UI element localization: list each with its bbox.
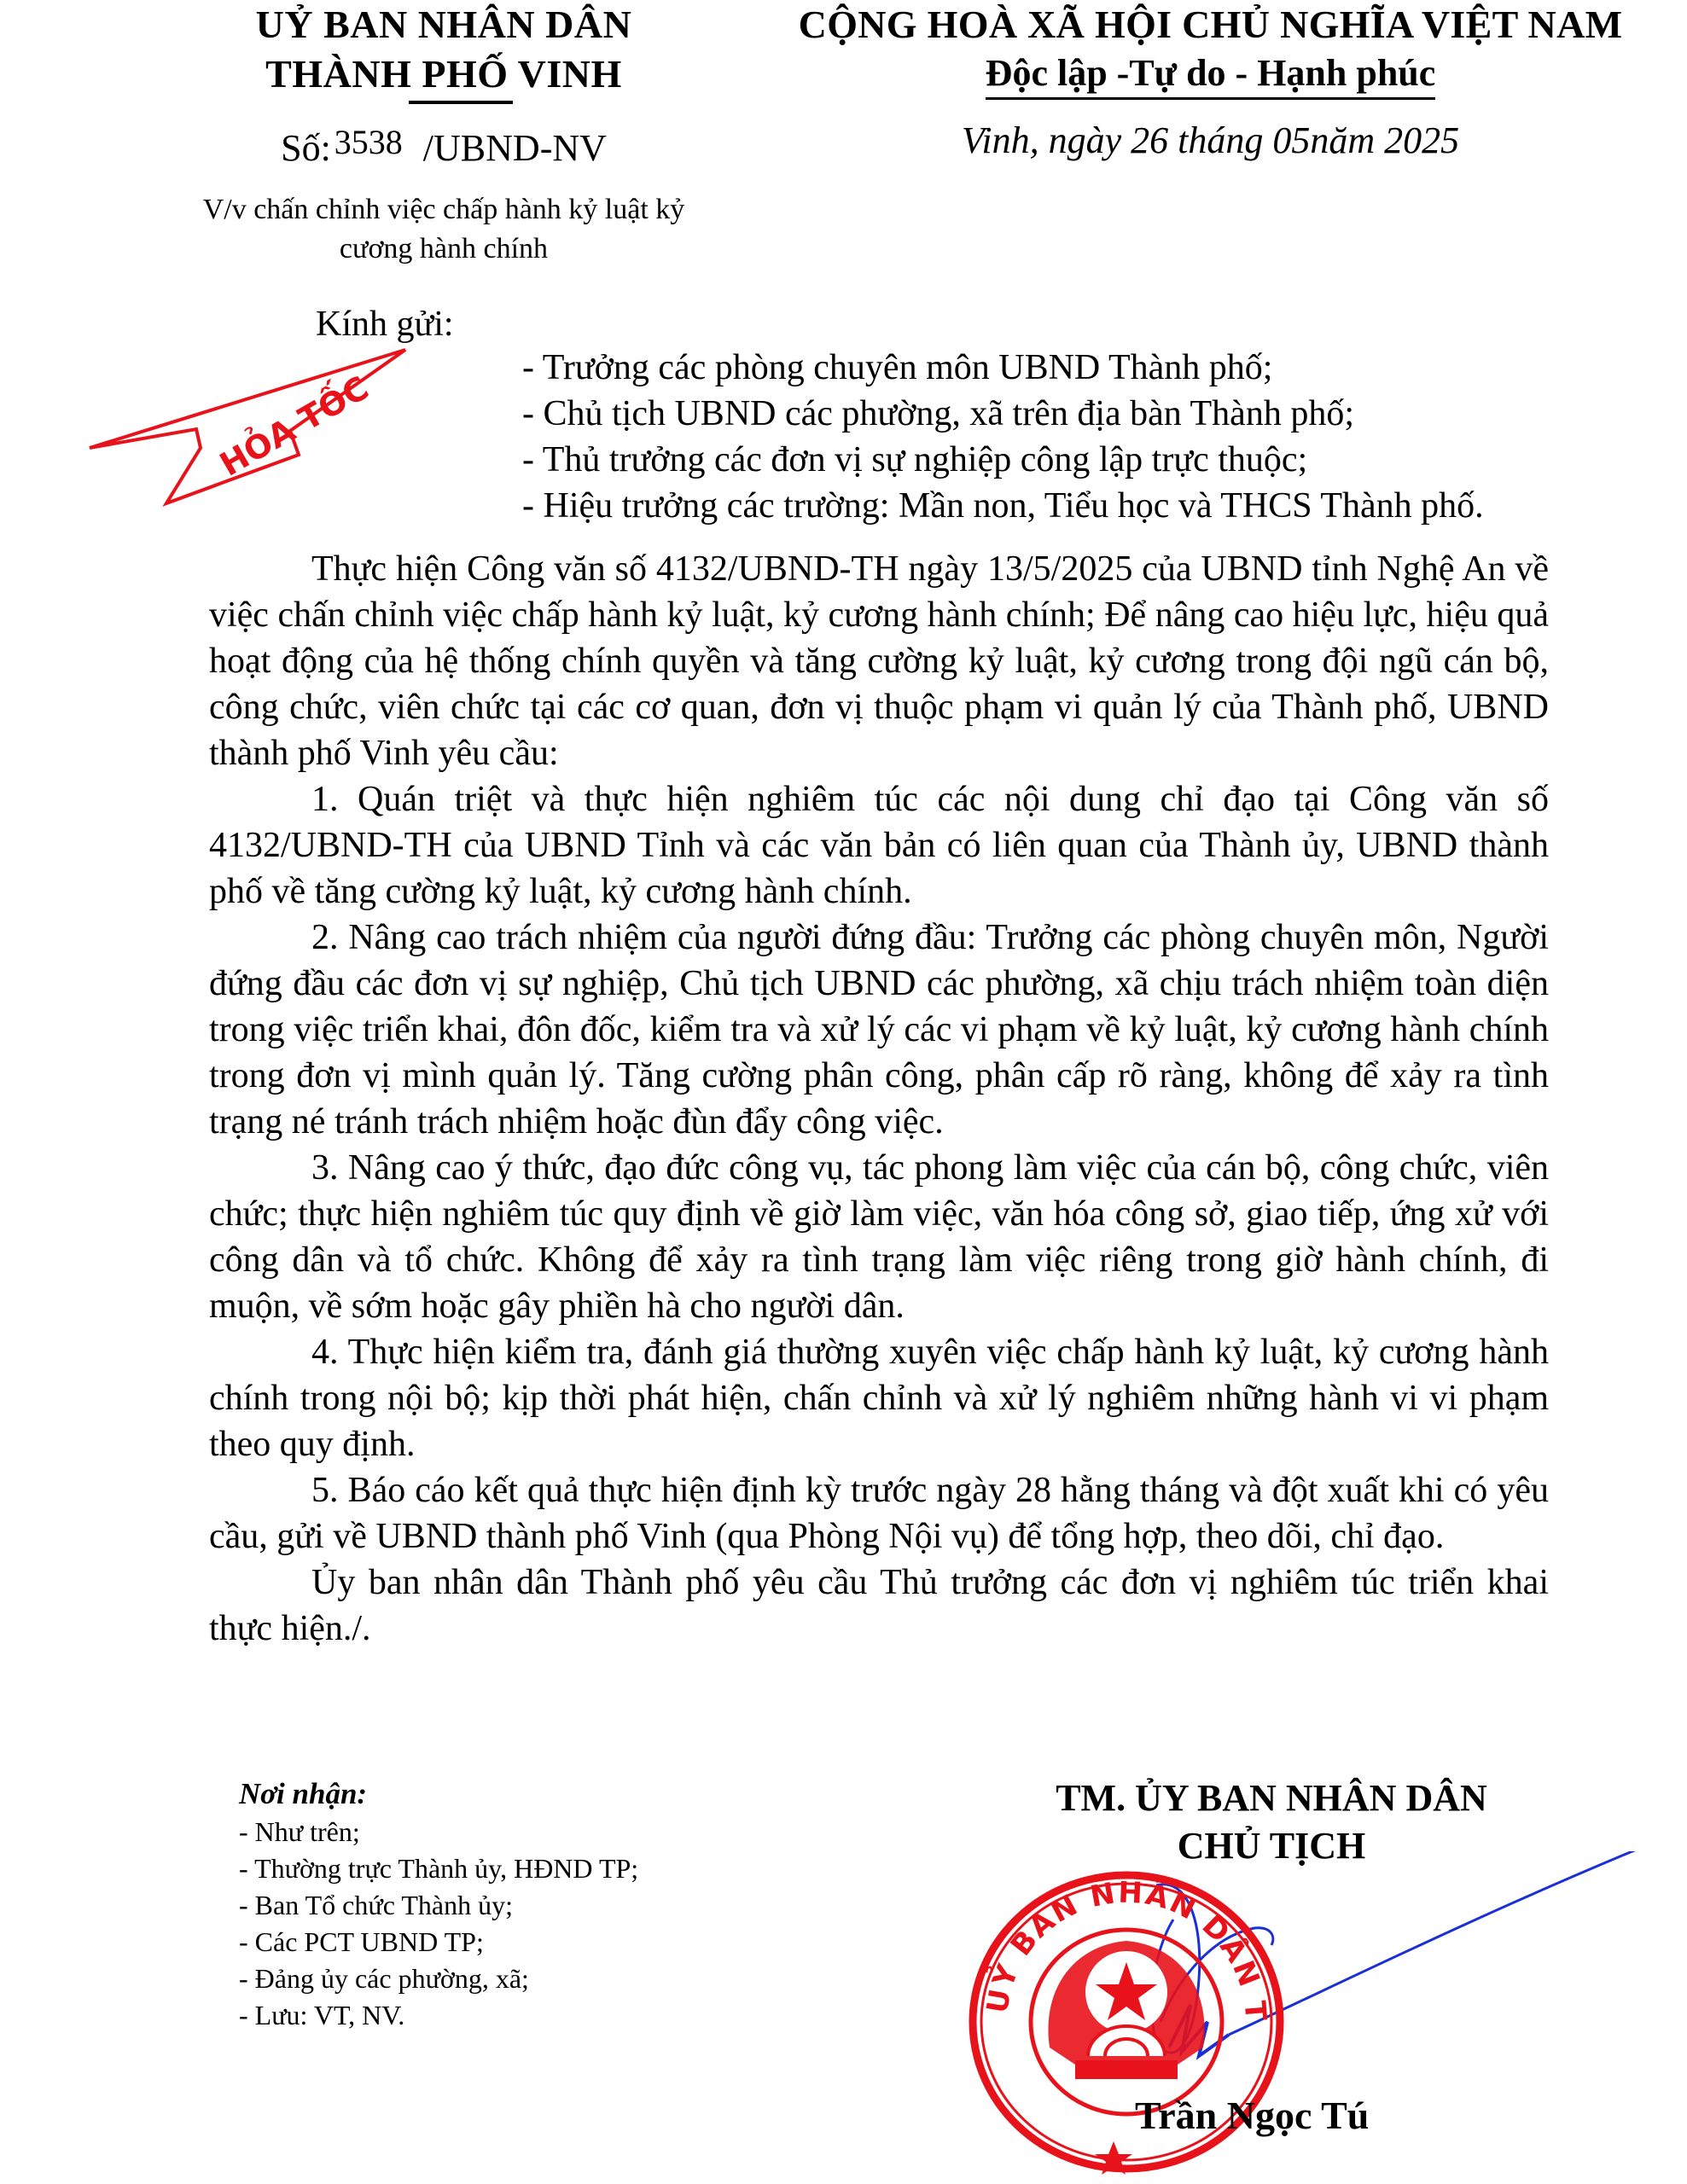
subject-line2: cương hành chính xyxy=(154,229,734,269)
document-body: Thực hiện Công văn số 4132/UBND-TH ngày … xyxy=(209,546,1549,1652)
authority-name-line2: THÀNH PHỐ VINH xyxy=(154,49,734,99)
signer-name: Trần Ngọc Tú xyxy=(1135,2092,1369,2140)
national-motto: Độc lập -Tự do - Hạnh phúc xyxy=(986,49,1436,100)
national-name: CỘNG HOÀ XÃ HỘI CHỦ NGHĨA VIỆT NAM xyxy=(734,0,1687,49)
document-number: Số:3538/UBND-NV xyxy=(154,125,734,173)
subject-line1: V/v chấn chỉnh việc chấp hành kỷ luật kỷ xyxy=(154,190,734,229)
item-paragraph-3: 3. Nâng cao ý thức, đạo đức công vụ, tác… xyxy=(209,1145,1549,1329)
cc-item: - Ban Tổ chức Thành ủy; xyxy=(239,1887,638,1924)
item-paragraph-4: 4. Thực hiện kiểm tra, đánh giá thường x… xyxy=(209,1329,1549,1467)
intro-paragraph: Thực hiện Công văn số 4132/UBND-TH ngày … xyxy=(209,546,1549,776)
authority-underline xyxy=(409,101,513,104)
doc-number-label: Số: xyxy=(281,127,331,169)
cc-item: - Đảng ủy các phường, xã; xyxy=(239,1960,638,1997)
addressee-label: Kính gửi: xyxy=(316,300,454,348)
cc-recipients-block: Nơi nhận: - Như trên; - Thường trực Thàn… xyxy=(239,1774,638,2034)
signature-on-behalf: TM. ỦY BAN NHÂN DÂN xyxy=(981,1774,1562,1822)
addressee-item: - Chủ tịch UBND các phường, xã trên địa … xyxy=(522,391,1484,437)
doc-number-suffix: /UBND-NV xyxy=(423,127,607,169)
cc-item: - Thường trực Thành ủy, HĐND TP; xyxy=(239,1850,638,1887)
cc-item: - Như trên; xyxy=(239,1814,638,1850)
addressee-list: - Trưởng các phòng chuyên môn UBND Thành… xyxy=(522,345,1484,529)
cc-title: Nơi nhận: xyxy=(239,1774,638,1814)
document-subject: V/v chấn chỉnh việc chấp hành kỷ luật kỷ… xyxy=(154,190,734,269)
issuing-authority-block: UỶ BAN NHÂN DÂN THÀNH PHỐ VINH Số:3538/U… xyxy=(154,0,734,269)
doc-number-value: 3538 xyxy=(334,119,403,166)
authority-name-line1: UỶ BAN NHÂN DÂN xyxy=(154,0,734,49)
cc-item: - Các PCT UBND TP; xyxy=(239,1924,638,1960)
urgent-stamp-icon: HỎA TỐC xyxy=(85,346,418,508)
national-heading-block: CỘNG HOÀ XÃ HỘI CHỦ NGHĨA VIỆT NAM Độc l… xyxy=(734,0,1687,165)
item-paragraph-2: 2. Nâng cao trách nhiệm của người đứng đ… xyxy=(209,915,1549,1145)
closing-paragraph: Ủy ban nhân dân Thành phố yêu cầu Thủ tr… xyxy=(209,1560,1549,1652)
cc-item: - Lưu: VT, NV. xyxy=(239,1997,638,2034)
addressee-item: - Trưởng các phòng chuyên môn UBND Thành… xyxy=(522,345,1484,391)
item-paragraph-5: 5. Báo cáo kết quả thực hiện định kỳ trư… xyxy=(209,1467,1549,1560)
item-paragraph-1: 1. Quán triệt và thực hiện nghiêm túc cá… xyxy=(209,776,1549,915)
addressee-item: - Hiệu trưởng các trường: Mần non, Tiểu … xyxy=(522,483,1484,529)
place-and-date: Vinh, ngày 26 tháng 05năm 2025 xyxy=(734,117,1687,165)
addressee-item: - Thủ trưởng các đơn vị sự nghiệp công l… xyxy=(522,437,1484,483)
